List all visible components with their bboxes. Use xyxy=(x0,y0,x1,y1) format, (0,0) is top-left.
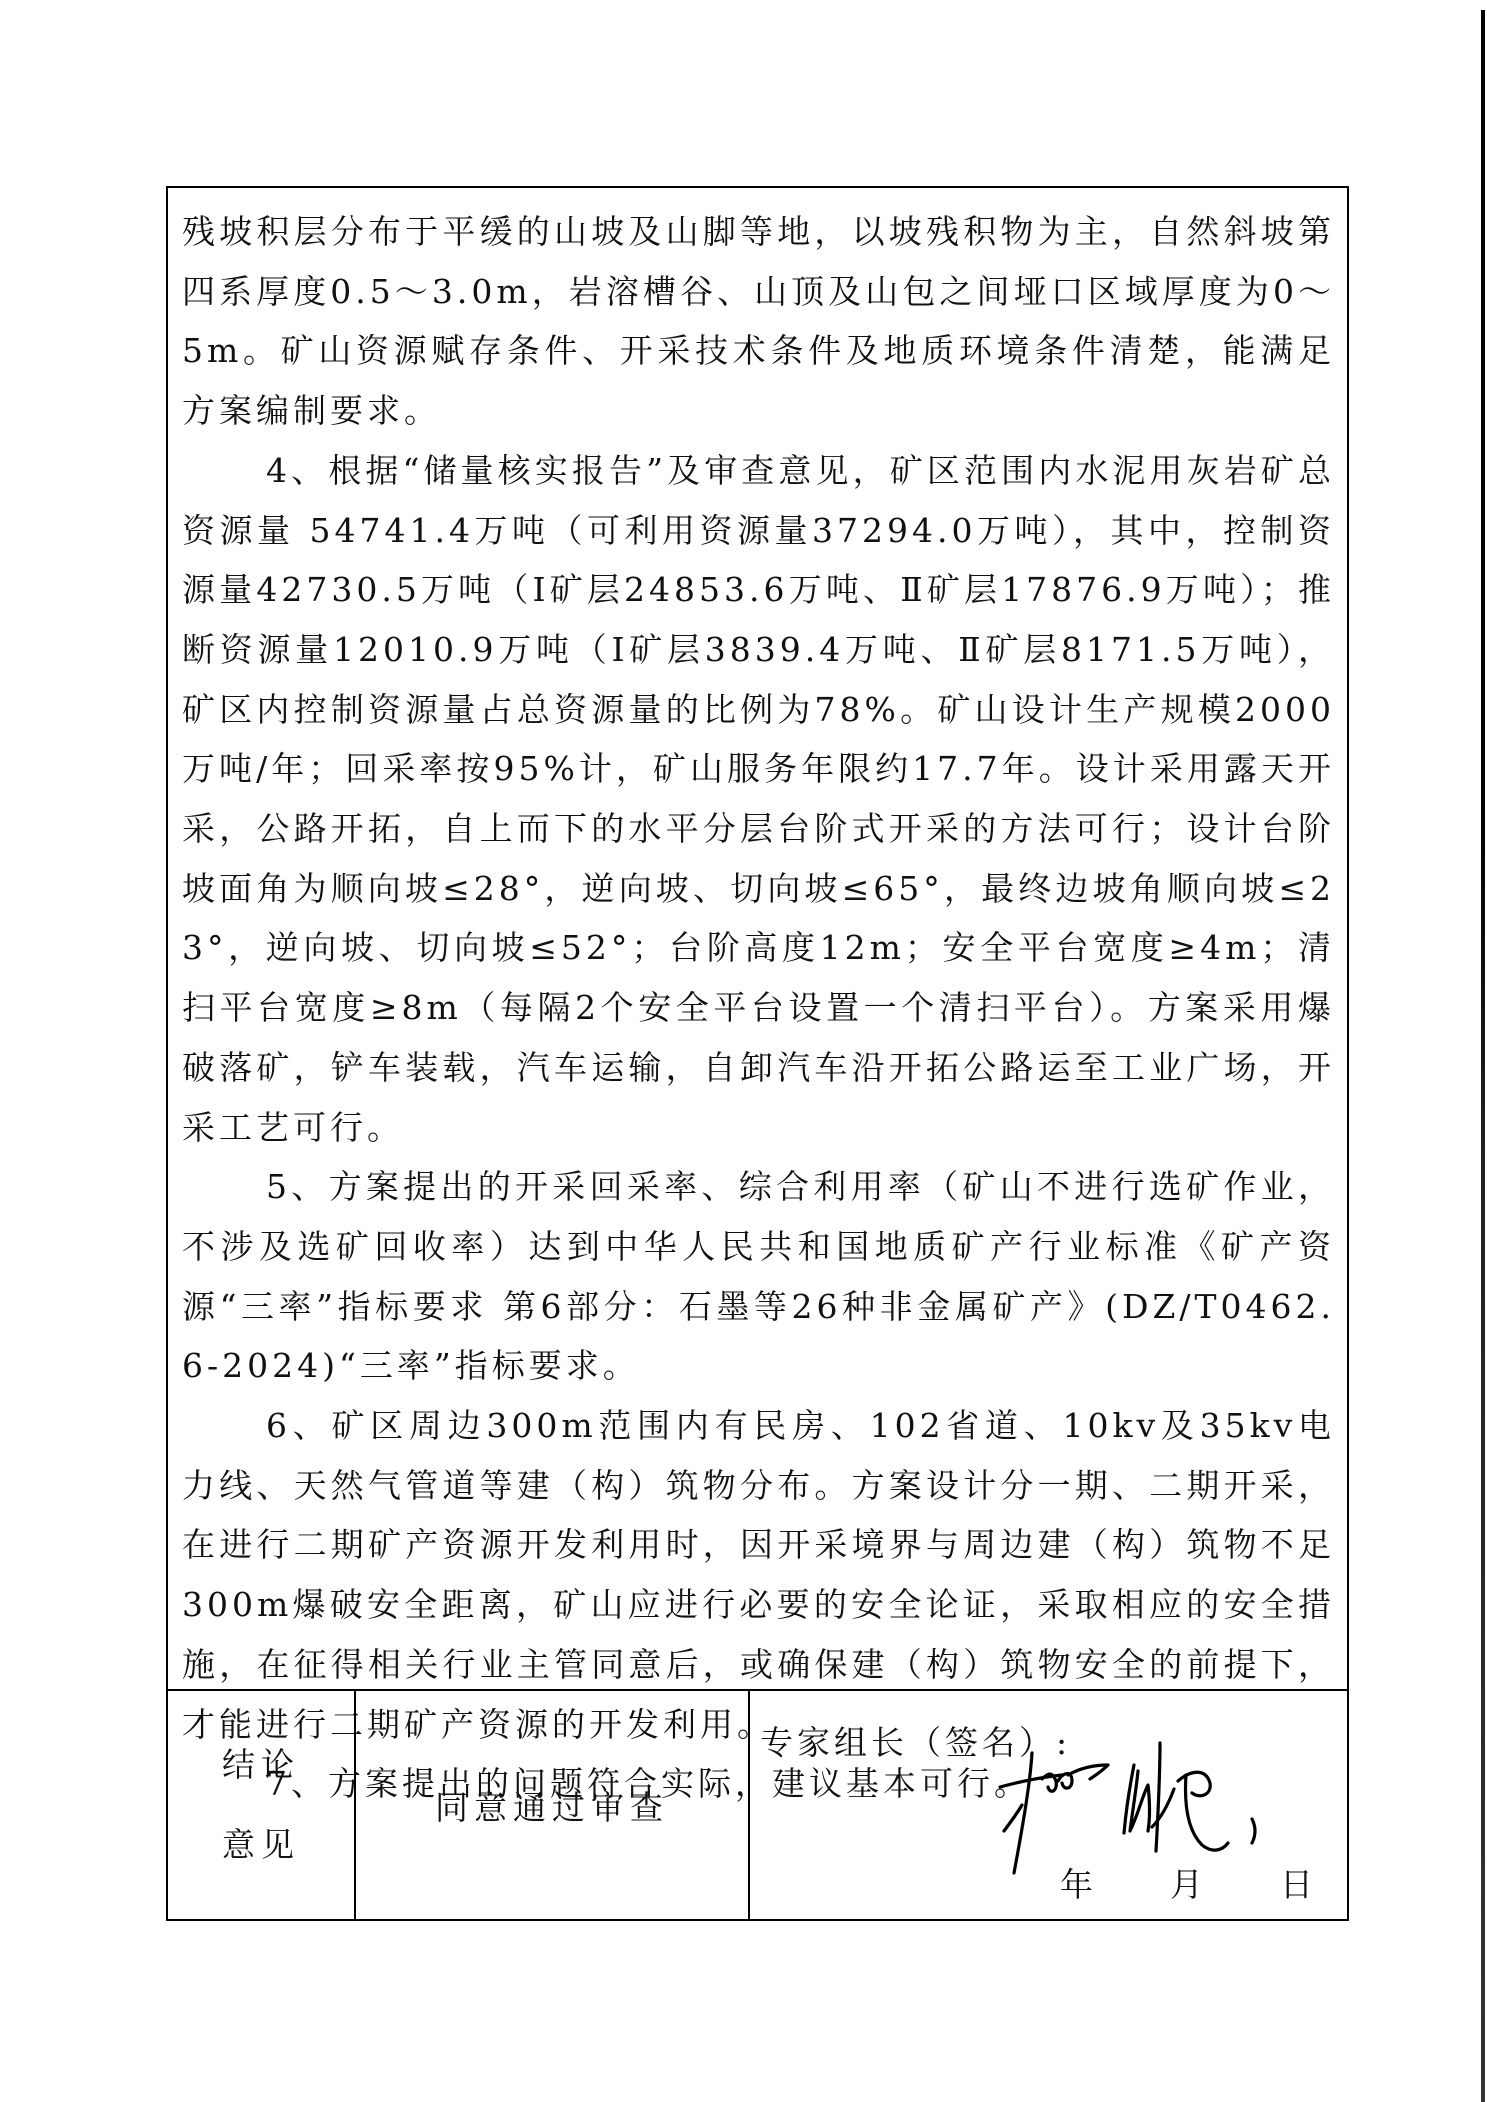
signature-cell: 专家组长（签名）: 年 月 日 xyxy=(750,1691,1347,1919)
conclusion-value-cell: 同意通过审查 xyxy=(356,1691,750,1919)
conclusion-label-line1: 结论 xyxy=(222,1725,300,1805)
date-day-label: 日 xyxy=(1280,1859,1313,1906)
paragraph-continued: 残坡积层分布于平缓的山坡及山脚等地，以坡残积物为主，自然斜坡第四系厚度0.5～3… xyxy=(182,202,1335,441)
scan-edge-line xyxy=(1481,10,1485,2102)
review-opinion-table: 残坡积层分布于平缓的山坡及山脚等地，以坡残积物为主，自然斜坡第四系厚度0.5～3… xyxy=(166,186,1349,1921)
conclusion-value: 同意通过审查 xyxy=(435,1782,669,1829)
date-month-label: 月 xyxy=(1170,1859,1203,1906)
paragraph-4-resources: 4、根据“储量核实报告”及审查意见，矿区范围内水泥用灰岩矿总资源量 54741.… xyxy=(182,441,1335,1157)
conclusion-row: 结论 意见 同意通过审查 专家组长（签名）: xyxy=(168,1689,1347,1919)
opinion-body-cell: 残坡积层分布于平缓的山坡及山脚等地，以坡残积物为主，自然斜坡第四系厚度0.5～3… xyxy=(168,188,1347,1689)
conclusion-label-line2: 意见 xyxy=(222,1805,300,1885)
date-year-label: 年 xyxy=(1060,1859,1093,1906)
paragraph-5-three-rates: 5、方案提出的开采回采率、综合利用率（矿山不进行选矿作业，不涉及选矿回收率）达到… xyxy=(182,1157,1335,1396)
handwritten-signature-icon xyxy=(992,1735,1292,1875)
conclusion-label-cell: 结论 意见 xyxy=(168,1691,356,1919)
